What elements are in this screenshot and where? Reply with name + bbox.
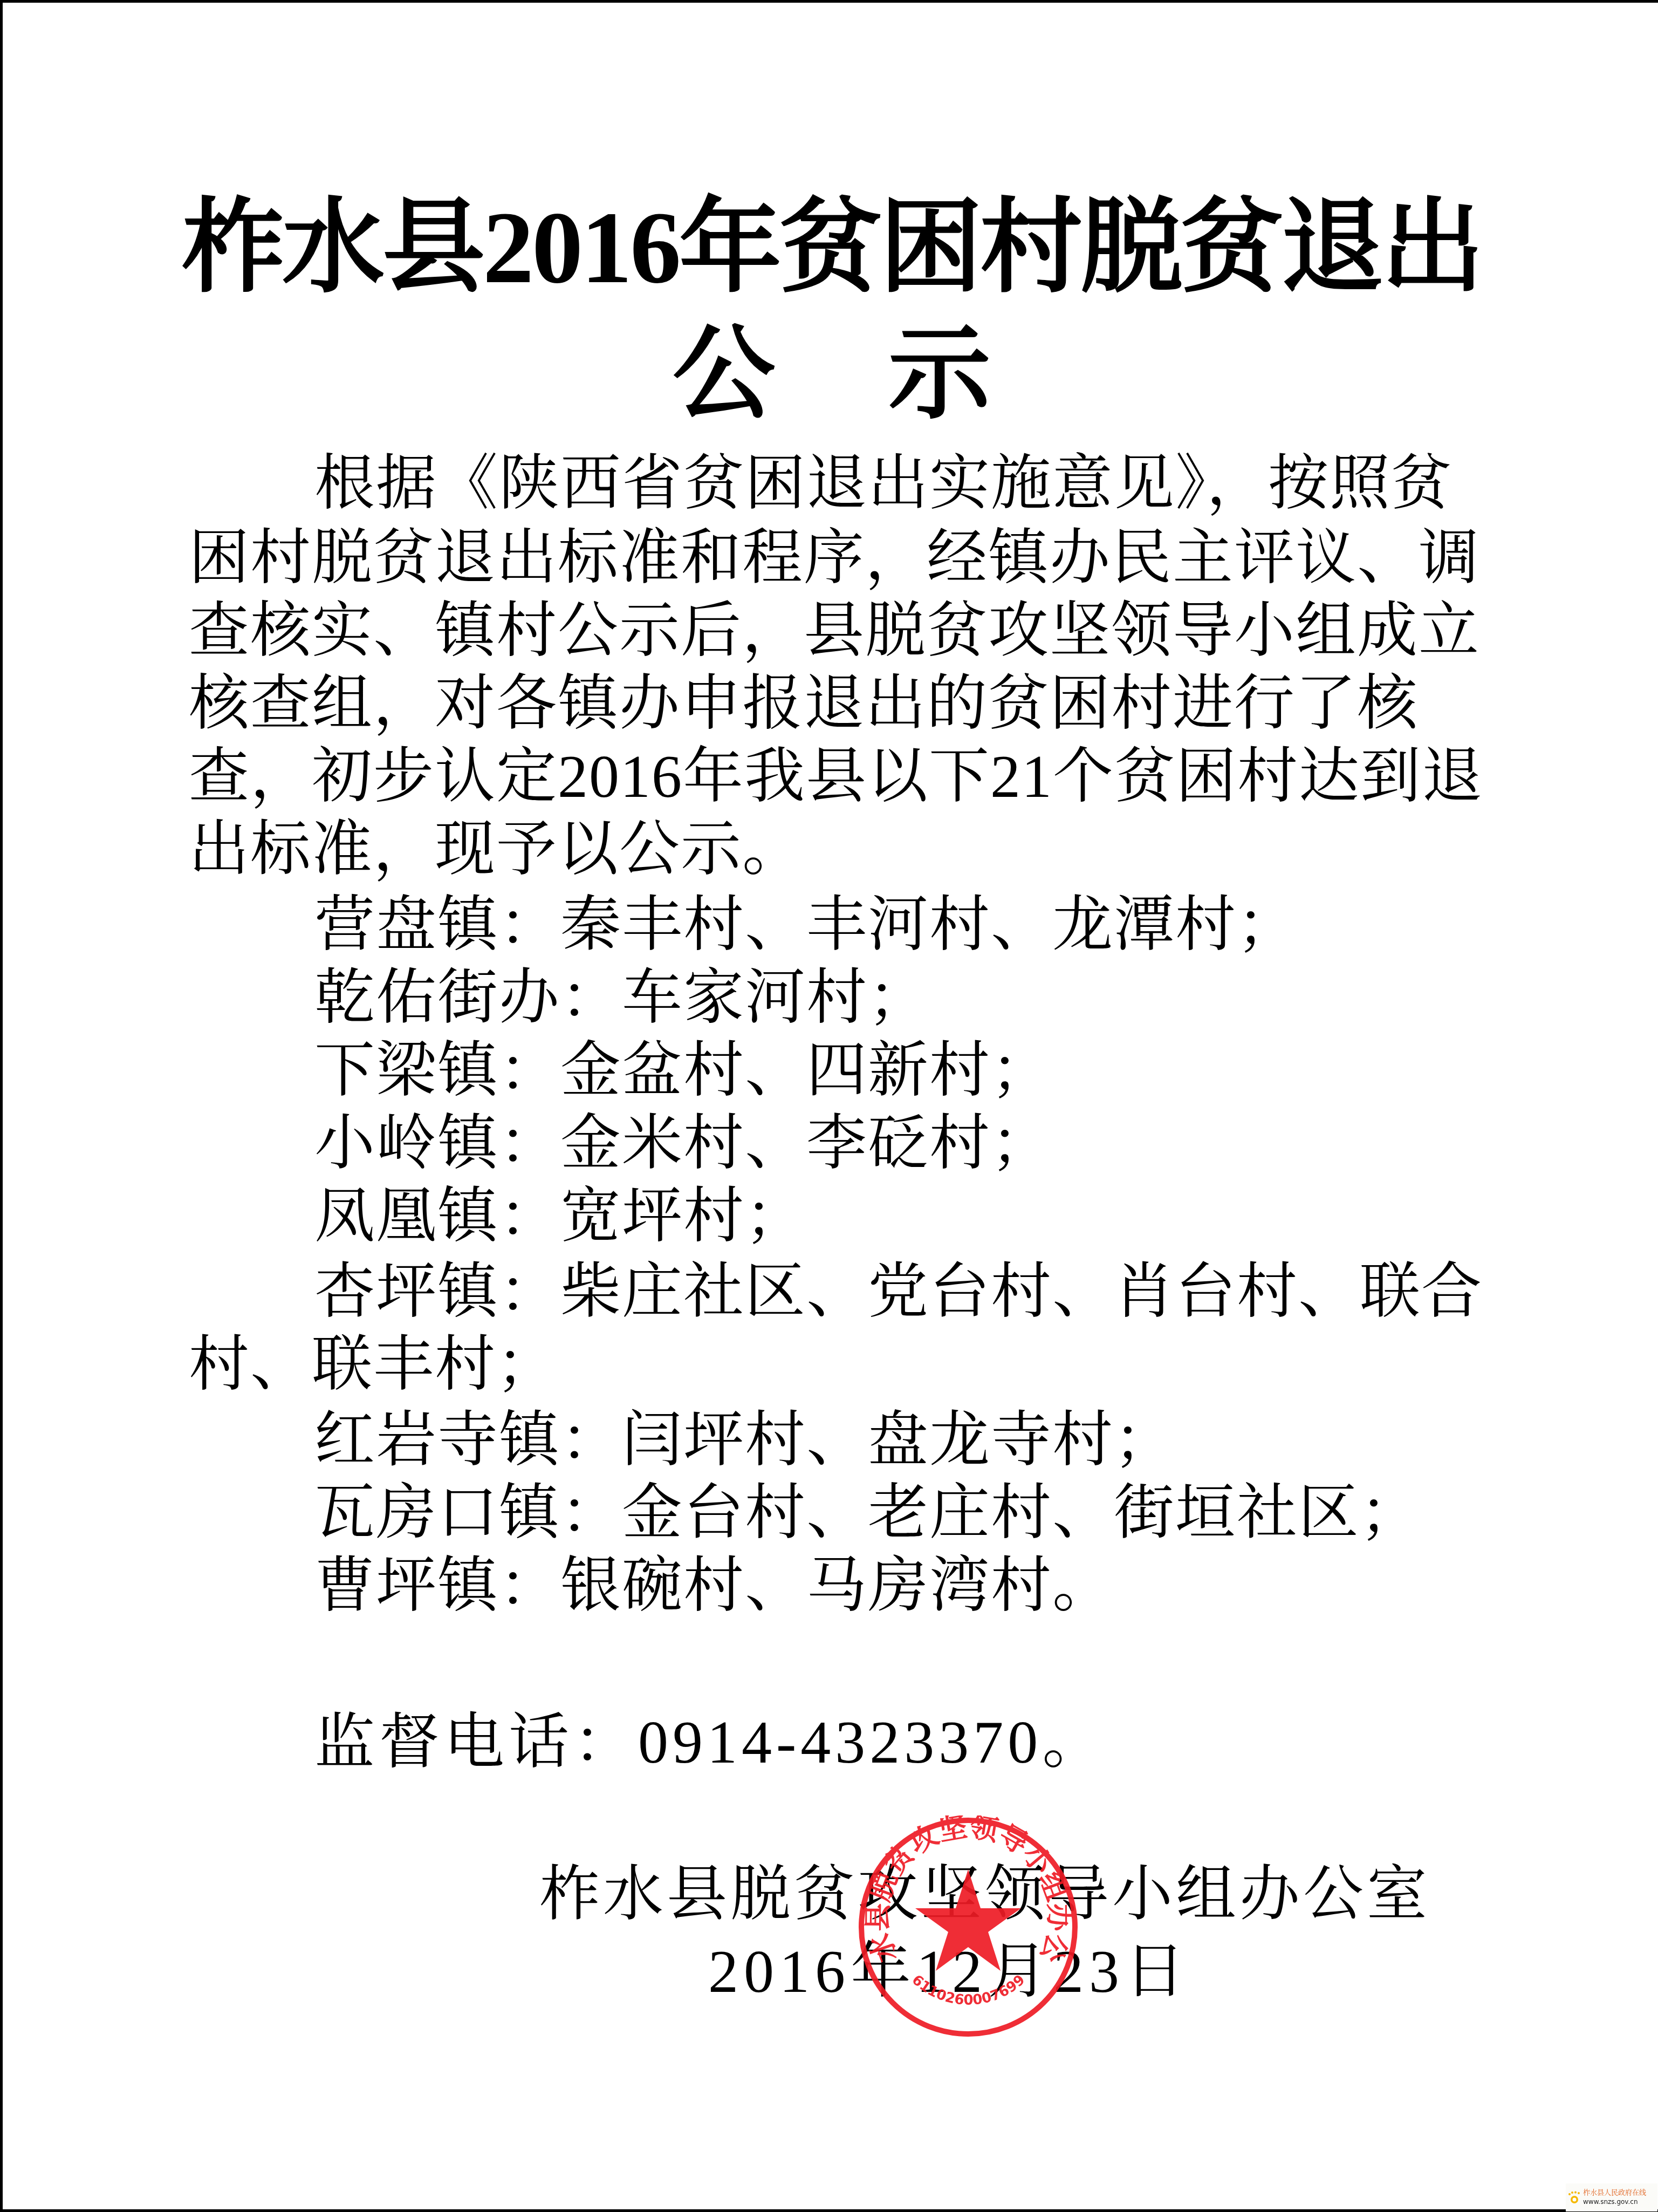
body-line: 查，初步认定2016年我县以下21个贫困村达到退 (189, 745, 1483, 809)
town-item: 凤凰镇：宽坪村； (314, 1184, 806, 1249)
town-item: 营盘镇：秦丰村、丰河村、龙潭村； (314, 893, 1298, 958)
hotline: 监督电话：0914-4323370。 (314, 1710, 1107, 1775)
site-url: www.snzs.gov.cn (1583, 2197, 1646, 2207)
issuer: 柞水县脱贫攻坚领导小组办公室 (539, 1862, 1430, 1927)
body-line: 出标准，现予以公示。 (189, 817, 804, 882)
town-item: 乾佑街办：车家河村； (314, 966, 929, 1030)
site-watermark: 柞水县人民政府在线 www.snzs.gov.cn (1566, 2183, 1657, 2211)
title-char-gong: 公 (673, 318, 775, 432)
body-line: 根据《陕西省贫困退出实施意见》，按照贫 (314, 452, 1453, 516)
site-name: 柞水县人民政府在线 (1583, 2188, 1646, 2197)
town-item: 曹坪镇：银碗村、马房湾村。 (314, 1554, 1114, 1619)
body-line: 核查组，对各镇办申报退出的贫困村进行了核 (189, 672, 1419, 736)
paw-logo-icon (1567, 2190, 1581, 2204)
title-char-shi: 示 (888, 318, 991, 432)
title-line-1: 柞水县2016年贫困村脱贫退出 (3, 194, 1658, 302)
notice-page: 柞水县2016年贫困村脱贫退出 公示 根据《陕西省贫困退出实施意见》，按照贫 困… (0, 0, 1658, 2212)
town-item: 下梁镇：金盆村、四新村； (314, 1039, 1052, 1103)
title-line-2: 公示 (3, 321, 1658, 429)
town-item: 瓦房口镇：金台村、老庄村、街垣社区； (314, 1481, 1421, 1546)
town-item: 小岭镇：金米村、李砭村； (314, 1111, 1052, 1176)
body-line: 困村脱贫退出标准和程序，经镇办民主评议、调 (189, 526, 1480, 591)
body-line: 查核实、镇村公示后，县脱贫攻坚领导小组成立 (189, 599, 1480, 664)
town-item-continuation: 村、联丰村； (189, 1333, 558, 1397)
town-item: 杏坪镇：柴庄社区、党台村、肖台村、联合 (314, 1260, 1483, 1325)
issue-date: 2016年12月23日 (708, 1940, 1190, 2004)
town-item: 红岩寺镇：闫坪村、盘龙寺村； (314, 1408, 1175, 1473)
